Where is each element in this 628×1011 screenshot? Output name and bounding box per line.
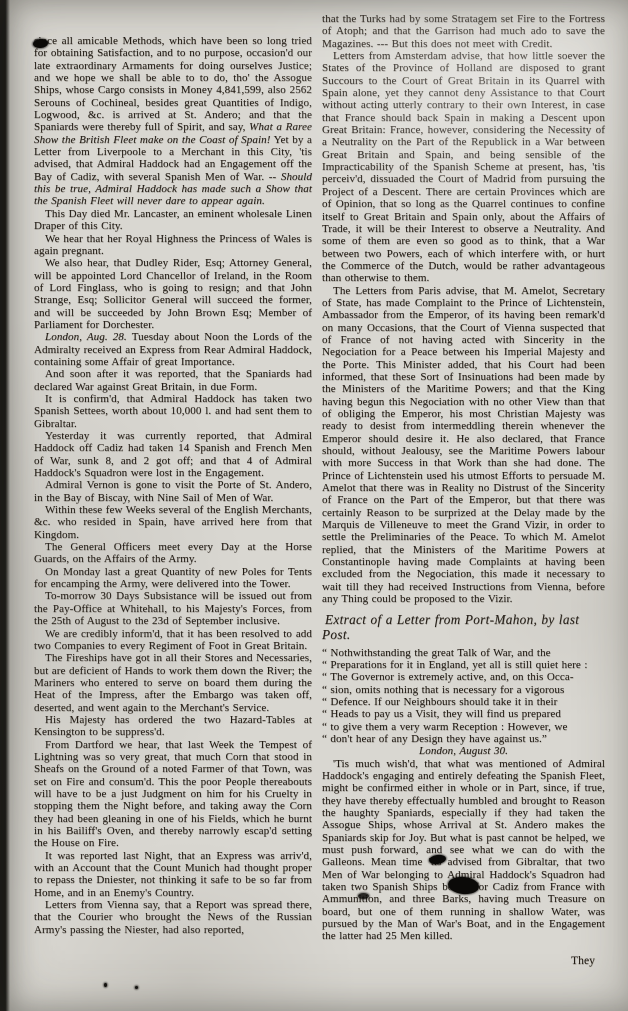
text-segment: It is confirm'd, that Admiral Haddock ha…: [34, 393, 312, 430]
paragraph: To-morrow 30 Days Subsistance will be is…: [34, 590, 312, 627]
paragraph: The General Officers meet every Day at t…: [34, 541, 312, 566]
paragraph: Letters from Vienna say, that a Report w…: [34, 899, 312, 936]
newspaper-page: since all amicable Methods, which have b…: [0, 0, 628, 1011]
paragraph: We hear that her Royal Highness the Prin…: [34, 233, 312, 258]
quoted-line: “ don't hear of any Design they have aga…: [322, 733, 605, 745]
paragraph: London, Aug. 28. Tuesday about Noon the …: [34, 331, 312, 368]
text-segment: 'Tis much wish'd, that what was mentione…: [322, 758, 605, 943]
paragraph: We also hear, that Dudley Rider, Esq; At…: [34, 257, 312, 331]
paragraph: It was reported last Night, that an Expr…: [34, 850, 312, 899]
paragraph: His Majesty has ordered the two Hazard-T…: [34, 714, 312, 739]
scan-edge-shadow: [0, 0, 10, 1011]
paragraph: It is confirm'd, that Admiral Haddock ha…: [34, 393, 312, 430]
text-segment: To-morrow 30 Days Subsistance will be is…: [34, 590, 312, 627]
text-segment: From Dartford we hear, that last Week th…: [34, 739, 312, 850]
paragraph: This Day died Mr. Lancaster, an eminent …: [34, 208, 312, 233]
quoted-line: “ Nothwithstanding the great Talk of War…: [322, 647, 605, 659]
ink-blot: [358, 893, 369, 899]
right-column-text: that the Turks had by some Stratagem set…: [322, 13, 605, 943]
text-segment: The Letters from Paris advise, that M. A…: [322, 285, 605, 606]
paragraph: On Monday last a great Quantity of new P…: [34, 566, 312, 591]
section-heading: Extract of a Letter from Port-Mahon, by …: [322, 612, 605, 642]
paragraph: The Letters from Paris advise, that M. A…: [322, 285, 605, 606]
catchword: They: [322, 955, 605, 967]
paragraph: Within these few Weeks several of the En…: [34, 504, 312, 541]
text-segment: The Fireships have got in all their Stor…: [34, 652, 312, 713]
ink-speck: [135, 986, 138, 989]
paragraph: since all amicable Methods, which have b…: [34, 35, 312, 208]
text-segment: On Monday last a great Quantity of new P…: [34, 566, 312, 590]
quoted-letter: “ Nothwithstanding the great Talk of War…: [322, 647, 605, 746]
text-segment: Extract of a Letter from Port-Mahon, by …: [322, 612, 579, 642]
paragraph: 'Tis much wish'd, that what was mentione…: [322, 758, 605, 943]
ink-speck: [104, 983, 107, 987]
quoted-line: “ The Governor is extremely active, and,…: [322, 671, 605, 683]
text-segment: We also hear, that Dudley Rider, Esq; At…: [34, 257, 312, 331]
text-segment: And soon after it was reported, that the…: [34, 368, 312, 392]
quoted-line: “ Heads to pay us a Visit, they will fin…: [322, 708, 605, 720]
left-column: since all amicable Methods, which have b…: [34, 35, 312, 936]
paragraph: Admiral Vernon is gone to visit the Port…: [34, 479, 312, 504]
text-segment: Yesterday it was currently reported, tha…: [34, 430, 312, 479]
right-column: that the Turks had by some Stratagem set…: [322, 13, 605, 967]
text-segment: We hear that her Royal Highness the Prin…: [34, 233, 312, 257]
text-segment: Letters from Amsterdam advise, that how …: [322, 50, 605, 284]
text-segment: The General Officers meet every Day at t…: [34, 541, 312, 565]
dateline: London, August 30.: [322, 745, 605, 757]
text-segment: This Day died Mr. Lancaster, an eminent …: [34, 208, 312, 232]
text-segment: We are credibly inform'd, that it has be…: [34, 628, 312, 652]
text-segment: since all amicable Methods, which have b…: [34, 35, 312, 133]
text-segment: London, August 30.: [419, 745, 508, 757]
text-segment: Letters from Vienna say, that a Report w…: [34, 899, 312, 936]
quoted-line: “ to give them a very warm Reception : H…: [322, 721, 605, 733]
paragraph: Letters from Amsterdam advise, that how …: [322, 50, 605, 285]
text-segment: Admiral Vernon is gone to visit the Port…: [34, 479, 312, 503]
paragraph: Yesterday it was currently reported, tha…: [34, 430, 312, 479]
quoted-line: “ sion, omits nothing that is necessary …: [322, 684, 605, 696]
quoted-line: “ Preparations for it in England, yet al…: [322, 659, 605, 671]
text-segment: Within these few Weeks several of the En…: [34, 504, 312, 541]
paragraph: From Dartford we hear, that last Week th…: [34, 739, 312, 850]
paragraph: And soon after it was reported, that the…: [34, 368, 312, 393]
paragraph: that the Turks had by some Stratagem set…: [322, 13, 605, 50]
text-segment: London, Aug. 28.: [45, 331, 132, 343]
paragraph: We are credibly inform'd, that it has be…: [34, 628, 312, 653]
text-segment: that the Turks had by some Stratagem set…: [322, 13, 605, 50]
quoted-line: “ Defence. If our Neighbours should take…: [322, 696, 605, 708]
text-segment: It was reported last Night, that an Expr…: [34, 850, 312, 899]
text-segment: His Majesty has ordered the two Hazard-T…: [34, 714, 312, 738]
paragraph: The Fireships have got in all their Stor…: [34, 652, 312, 714]
